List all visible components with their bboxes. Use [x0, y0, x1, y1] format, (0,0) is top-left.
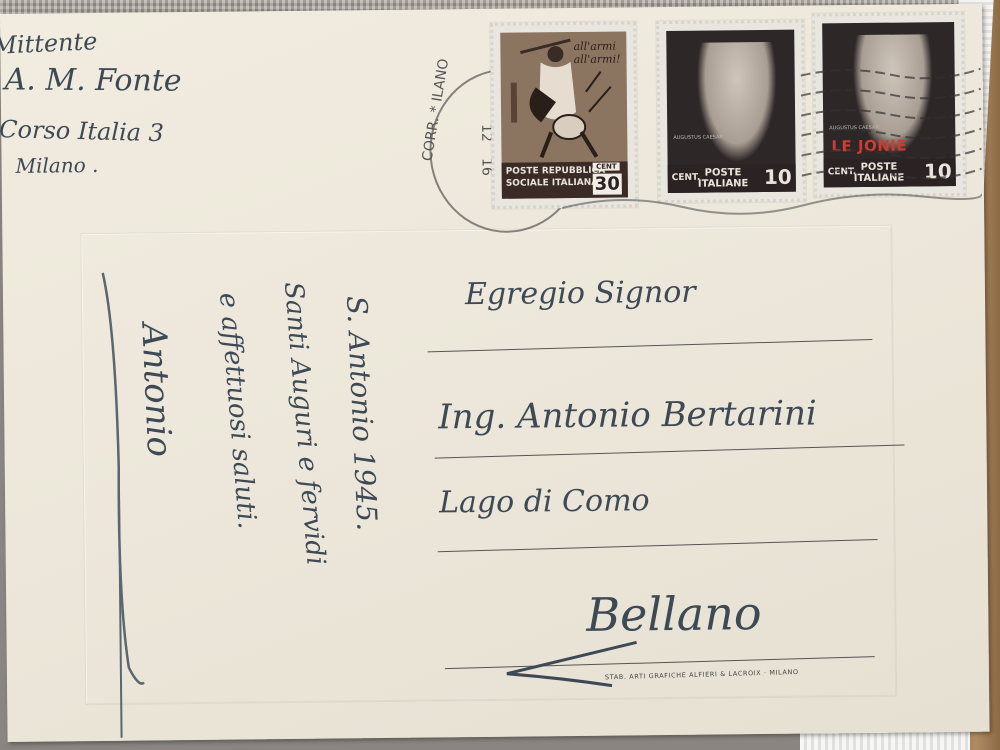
sender-line-1: Mittente [0, 27, 98, 60]
postmark-wave [562, 184, 982, 228]
recipient-name: Ing. Antonio Bertarini [438, 393, 817, 437]
postcard: Mittente A. M. Fonte Corso Italia 3 Mila… [0, 4, 990, 742]
augustus-bust [696, 42, 777, 163]
recipient-salutation: Egregio Signor [465, 275, 696, 312]
stamp-rsi-30-cent: all'armi all'armi! POSTE REPUBBLICA SOCI… [490, 21, 638, 209]
signature-flourish [95, 267, 180, 748]
recipient-city: Bellano [586, 586, 762, 642]
recipient-location: Lago di Como [439, 483, 650, 520]
white-cloth-bottom [800, 732, 970, 750]
stamp-augustus-10-cent: AUGUSTUS CAESAR POSTE ITALIANE CENT. 10 [656, 20, 806, 204]
sender-street: Corso Italia 3 [0, 115, 164, 147]
sender-city: Milano . [15, 153, 98, 178]
stamp-motto: all'armi all'armi! [573, 40, 620, 66]
sender-name: A. M. Fonte [5, 62, 182, 98]
bellano-flourish [502, 637, 643, 688]
